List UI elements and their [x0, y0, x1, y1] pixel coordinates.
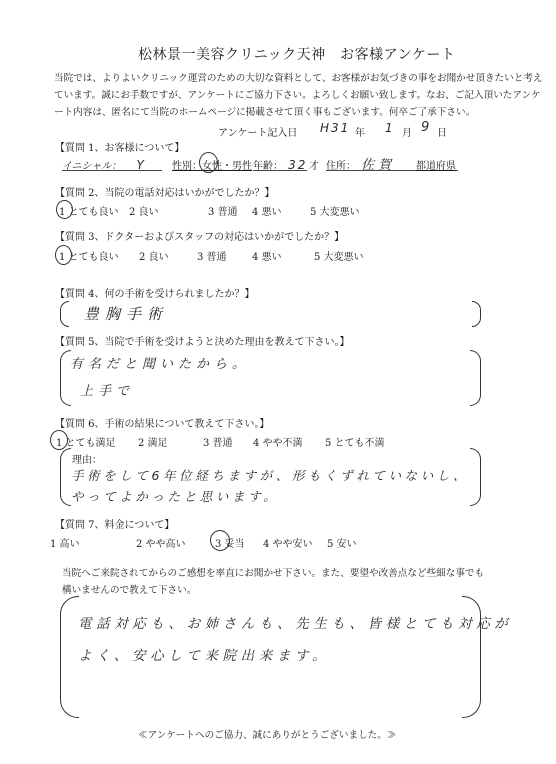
gender-male-option[interactable]: 男性: [232, 161, 252, 172]
q3-option-5[interactable]: 5 大変悪い: [314, 248, 364, 263]
survey-title: 松林景一美容クリニック天神 お客様アンケート: [138, 44, 455, 64]
address-label: 住所：: [326, 161, 356, 172]
q7-heading: 【質問 7、料金について】: [55, 516, 174, 531]
q7-option-4[interactable]: 4 やや安い: [263, 535, 313, 550]
date-year-value: H31: [320, 121, 350, 135]
initial-label: イニシャル：: [62, 161, 121, 172]
date-month-value: 1: [385, 121, 397, 135]
intro-line-2: ています。誠にお手数ですが、アンケートにご協力下さい。よろしくお願い致します。な…: [54, 87, 541, 104]
age-value: 32: [288, 158, 307, 172]
gender-selected-circle: [199, 152, 218, 173]
q6-option-5[interactable]: 5 とても不満: [325, 434, 385, 449]
q4-answer[interactable]: 豊胸手術: [84, 303, 168, 324]
date-label: アンケート記入日: [218, 124, 297, 139]
q5-answer-line-2[interactable]: 上手で: [80, 380, 134, 399]
comments-answer-line-1[interactable]: 電話対応も、お姉さんも、先生も、皆様とても対応が: [78, 612, 512, 632]
intro-line-1: 当院では、よりよいクリニック運営のための大切な資料として、お客様がお気づきの事を…: [54, 70, 543, 87]
q6-reason-label: 理由：: [72, 451, 102, 466]
gender-separator: ・: [222, 161, 232, 172]
age-label: 年齢：: [253, 161, 283, 172]
q6-reason-bracket-right: [470, 448, 481, 506]
q4-answer-bracket-left: [60, 301, 69, 327]
q6-reason-line-1[interactable]: 手術をして6年位経ちますが、形もくずれていないし、: [71, 466, 469, 484]
address-value: 佐賀: [361, 158, 395, 173]
q2-option-3[interactable]: 3 普通: [208, 203, 238, 218]
q3-selected-circle: [55, 245, 72, 265]
q7-option-2[interactable]: 2 やや高い: [136, 535, 186, 550]
comments-answer-line-2[interactable]: よく、安心して来院出来ます。: [78, 644, 330, 664]
q6-option-3[interactable]: 3 普通: [203, 434, 233, 449]
intro-line-3: ート内容は、匿名にて当院のホームページに掲載させて頂く事もございます。何卒ご了承…: [54, 104, 475, 121]
q3-heading: 【質問 3、ドクターおよびスタッフの対応はいかがでしたか？】: [55, 228, 344, 243]
q6-reason-line-2[interactable]: やってよかったと思います。: [71, 487, 279, 505]
q6-selected-circle: [50, 430, 68, 450]
address-unit: 都道府県: [416, 157, 456, 172]
footer-thanks: ≪アンケートへのご協力、誠にありがとうございました。≫: [138, 727, 396, 744]
comments-prompt-line-2: 構いませんので教えて下さい。: [62, 582, 196, 599]
q3-option-3[interactable]: 3 普通: [197, 248, 227, 263]
initial-value: Y: [137, 158, 148, 172]
q3-option-4[interactable]: 4 悪い: [252, 248, 282, 263]
q7-option-1[interactable]: 1 高い: [50, 535, 80, 550]
q5-answer-bracket-right: [470, 350, 481, 406]
initial-field[interactable]: イニシャル： Y: [62, 154, 162, 171]
gender-label: 性別：: [172, 161, 202, 172]
date-year-unit: 年: [355, 124, 365, 139]
q3-option-2[interactable]: 2 良い: [139, 248, 169, 263]
q6-reason-bracket-left: [60, 448, 71, 506]
q7-option-5[interactable]: 5 安い: [327, 535, 357, 550]
comments-prompt-line-1: 当院へご来院されてからのご感想を率直にお聞かせ下さい。また、要望や改善点など些細…: [62, 565, 484, 582]
q2-selected-circle: [56, 200, 73, 219]
age-field[interactable]: 年齢： 32: [253, 154, 307, 171]
q4-heading: 【質問 4、何の手術を受けられましたか？】: [55, 285, 255, 300]
q2-option-4[interactable]: 4 悪い: [252, 203, 282, 218]
q4-answer-bracket-right: [472, 301, 481, 327]
q2-heading: 【質問 2、当院の電話対応はいかがでしたか？】: [55, 184, 275, 199]
date-day-value: 9: [421, 120, 433, 135]
q1-heading: 【質問 1、お客様について】: [55, 139, 184, 154]
q6-heading: 【質問 6、手術の結果について教えて下さい。】: [55, 415, 269, 430]
date-month-unit: 月: [402, 124, 412, 139]
date-day-unit: 日: [437, 124, 447, 139]
q5-heading: 【質問 5、当院で手術を受けようと決めた理由を教えて下さい。】: [55, 333, 350, 348]
age-unit: 才: [309, 157, 319, 172]
q6-option-2[interactable]: 2 満足: [138, 434, 168, 449]
q2-option-5[interactable]: 5 大変悪い: [310, 203, 360, 218]
q2-option-2[interactable]: 2 良い: [129, 203, 159, 218]
q5-answer-line-1[interactable]: 有名だと聞いたから。: [70, 353, 250, 372]
comments-bracket-left: [60, 596, 79, 718]
q6-option-4[interactable]: 4 やや不満: [253, 434, 303, 449]
